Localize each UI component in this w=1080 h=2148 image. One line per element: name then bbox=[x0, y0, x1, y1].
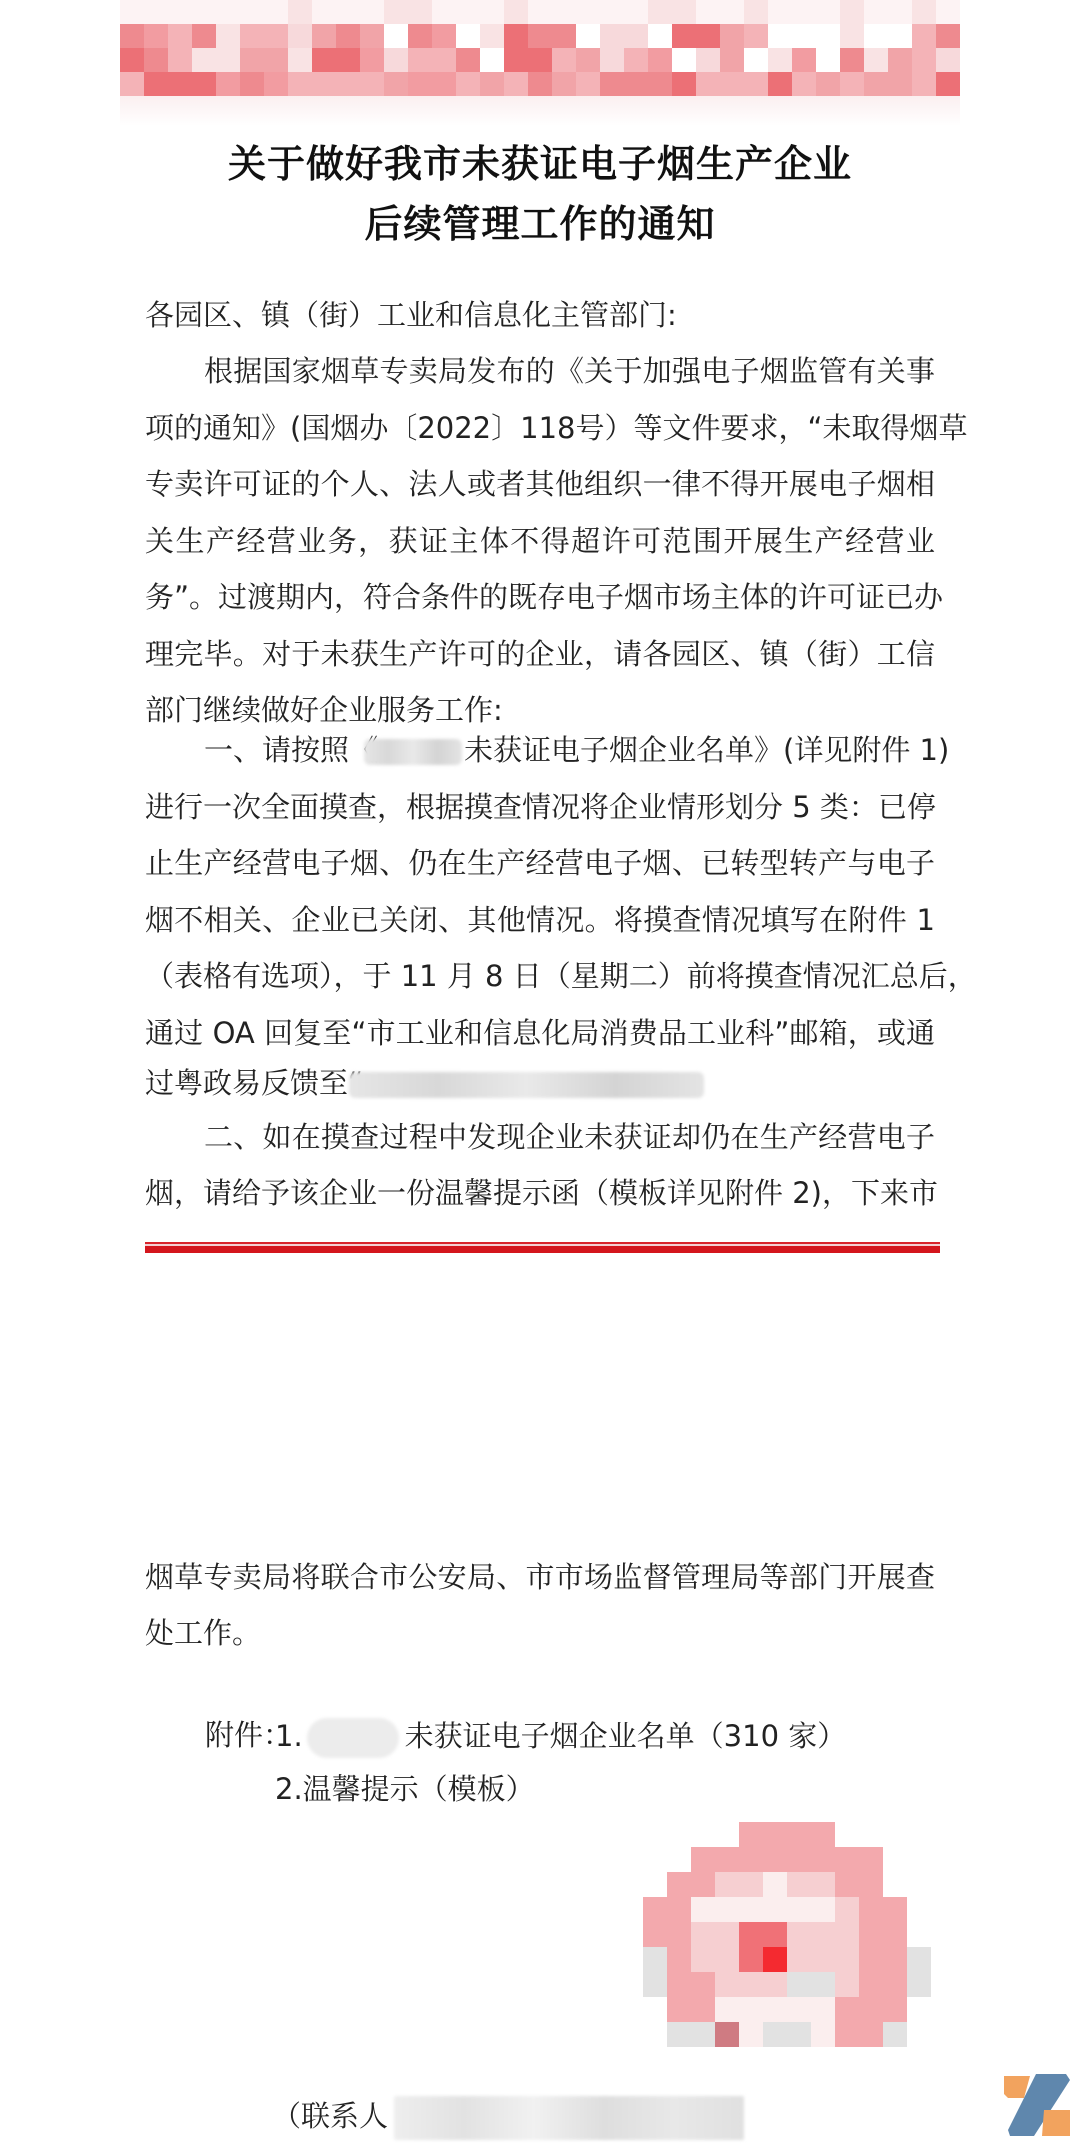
redaction-pixel bbox=[667, 1847, 691, 1872]
redaction-pixel bbox=[456, 0, 480, 24]
redaction-pixel bbox=[840, 24, 864, 48]
section2-line: 二、如在摸查过程中发现企业未获证却仍在生产经营电子 bbox=[204, 1120, 935, 1154]
redaction-pixel bbox=[168, 48, 192, 72]
redaction-pixel bbox=[576, 72, 600, 96]
redaction-pixel bbox=[691, 1922, 715, 1947]
redaction-pixel bbox=[408, 72, 432, 96]
redaction-pixel bbox=[240, 0, 264, 24]
redaction-pixel bbox=[643, 1897, 667, 1922]
redaction-pixel bbox=[811, 1872, 835, 1897]
redaction-pixel bbox=[883, 1972, 907, 1997]
redaction-pixel bbox=[643, 1947, 667, 1972]
redaction-pixel bbox=[168, 24, 192, 48]
redaction-pixel bbox=[888, 0, 912, 24]
redaction-pixel bbox=[888, 24, 912, 48]
redaction-pixel bbox=[787, 1872, 811, 1897]
redaction-pixel bbox=[696, 72, 720, 96]
redaction-pixel bbox=[715, 2022, 739, 2047]
redaction-pixel bbox=[816, 48, 840, 72]
redaction-pixel bbox=[408, 24, 432, 48]
redaction-pixel bbox=[264, 24, 288, 48]
redaction-pixel bbox=[432, 0, 456, 24]
redaction-pixel bbox=[715, 1897, 739, 1922]
redaction-pixel bbox=[720, 0, 744, 24]
redaction-pixel bbox=[667, 1947, 691, 1972]
redaction-pixel bbox=[739, 1947, 763, 1972]
redaction-pixel bbox=[312, 48, 336, 72]
document-title-line-2: 后续管理工作的通知 bbox=[0, 202, 1080, 246]
redaction-pixel bbox=[720, 72, 744, 96]
redaction-pixel bbox=[384, 0, 408, 24]
redaction-pixel bbox=[883, 1872, 907, 1897]
document-title-line-1: 关于做好我市未获证电子烟生产企业 bbox=[0, 142, 1080, 186]
redaction-pixel bbox=[936, 48, 960, 72]
redaction-pixel bbox=[840, 72, 864, 96]
redaction-pixel bbox=[120, 0, 144, 24]
redacted-contact-account bbox=[349, 1072, 704, 1098]
redaction-pixel bbox=[811, 2022, 835, 2047]
redaction-pixel bbox=[763, 1997, 787, 2022]
redaction-pixel bbox=[720, 24, 744, 48]
redaction-pixel bbox=[816, 24, 840, 48]
redaction-pixel bbox=[907, 2022, 931, 2047]
redaction-pixel bbox=[240, 48, 264, 72]
redaction-pixel bbox=[859, 1822, 883, 1847]
redaction-pixel bbox=[888, 72, 912, 96]
redaction-pixel bbox=[936, 0, 960, 24]
redaction-pixel bbox=[696, 24, 720, 48]
redaction-pixel bbox=[336, 72, 360, 96]
redaction-pixel bbox=[552, 0, 576, 24]
section1-line: 止生产经营电子烟、仍在生产经营电子烟、已转型转产与电子 bbox=[145, 846, 935, 880]
redaction-pixel bbox=[528, 24, 552, 48]
redaction-pixel bbox=[624, 24, 648, 48]
redaction-pixel bbox=[648, 24, 672, 48]
para1-line: 部门继续做好企业服务工作: bbox=[145, 693, 935, 727]
attachment-1-number: 1. bbox=[275, 1719, 303, 1753]
redaction-pixel bbox=[144, 24, 168, 48]
redaction-pixel bbox=[667, 1972, 691, 1997]
redaction-pixel bbox=[288, 0, 312, 24]
redaction-pixel bbox=[744, 24, 768, 48]
redaction-pixel bbox=[739, 1997, 763, 2022]
redaction-pixel bbox=[691, 1822, 715, 1847]
para1-line: 项的通知》(国烟办〔2022〕118号）等文件要求，“未取得烟草 bbox=[145, 411, 935, 445]
redaction-pixel bbox=[744, 0, 768, 24]
redaction-pixel bbox=[240, 24, 264, 48]
redaction-pixel bbox=[144, 0, 168, 24]
redaction-pixel bbox=[936, 72, 960, 96]
redaction-pixel bbox=[787, 1897, 811, 1922]
redaction-pixel bbox=[360, 24, 384, 48]
redaction-pixel bbox=[552, 72, 576, 96]
redaction-pixel bbox=[787, 1922, 811, 1947]
redaction-pixel bbox=[787, 1847, 811, 1872]
redaction-pixel bbox=[432, 48, 456, 72]
redaction-pixel bbox=[600, 0, 624, 24]
redaction-pixel bbox=[336, 0, 360, 24]
redaction-pixel bbox=[883, 2022, 907, 2047]
redaction-pixel bbox=[360, 48, 384, 72]
redaction-pixel bbox=[504, 48, 528, 72]
redaction-pixel bbox=[912, 48, 936, 72]
redaction-pixel bbox=[811, 1997, 835, 2022]
redaction-pixel bbox=[528, 48, 552, 72]
redaction-pixel bbox=[763, 1972, 787, 1997]
redaction-pixel bbox=[384, 24, 408, 48]
redaction-pixel bbox=[715, 1972, 739, 1997]
redaction-pixel bbox=[216, 0, 240, 24]
redaction-pixel bbox=[691, 1897, 715, 1922]
redaction-pixel bbox=[456, 72, 480, 96]
redaction-pixel bbox=[864, 72, 888, 96]
redaction-pixel bbox=[643, 2022, 667, 2047]
redaction-pixel bbox=[811, 1947, 835, 1972]
redaction-pixel bbox=[859, 1847, 883, 1872]
redaction-pixel bbox=[643, 1847, 667, 1872]
redaction-pixel bbox=[576, 0, 600, 24]
redaction-pixel bbox=[624, 48, 648, 72]
redaction-pixel bbox=[739, 1972, 763, 1997]
redaction-pixel bbox=[691, 1872, 715, 1897]
redaction-pixel bbox=[643, 1872, 667, 1897]
redaction-pixel bbox=[696, 48, 720, 72]
redaction-pixel bbox=[504, 0, 528, 24]
redaction-pixel bbox=[835, 1872, 859, 1897]
redaction-pixel bbox=[312, 24, 336, 48]
redaction-pixel bbox=[811, 1897, 835, 1922]
redaction-pixel bbox=[883, 1822, 907, 1847]
redaction-pixel bbox=[216, 72, 240, 96]
redaction-pixel bbox=[672, 24, 696, 48]
redaction-pixel bbox=[907, 1822, 931, 1847]
redaction-pixel bbox=[715, 1872, 739, 1897]
redaction-pixel bbox=[739, 1897, 763, 1922]
redaction-pixel bbox=[288, 48, 312, 72]
redaction-pixel bbox=[859, 1947, 883, 1972]
watermark-logo-icon bbox=[1000, 2070, 1076, 2142]
redaction-pixel bbox=[763, 1872, 787, 1897]
redaction-pixel bbox=[835, 1922, 859, 1947]
redaction-pixel bbox=[288, 24, 312, 48]
redaction-pixel bbox=[859, 1922, 883, 1947]
redaction-pixel bbox=[264, 48, 288, 72]
redaction-pixel bbox=[739, 2022, 763, 2047]
redaction-pixel bbox=[624, 72, 648, 96]
redaction-pixel bbox=[312, 0, 336, 24]
redaction-pixel bbox=[883, 1897, 907, 1922]
redaction-pixel bbox=[480, 0, 504, 24]
contact-prefix: （联系人 bbox=[272, 2099, 388, 2133]
redaction-pixel bbox=[907, 1997, 931, 2022]
redaction-pixel bbox=[456, 48, 480, 72]
redaction-pixel bbox=[816, 0, 840, 24]
section1-prefix: 一、请按照《 bbox=[204, 733, 378, 767]
redaction-pixel bbox=[859, 1897, 883, 1922]
redaction-pixel bbox=[811, 1847, 835, 1872]
redaction-pixel bbox=[739, 1872, 763, 1897]
redaction-pixel bbox=[288, 72, 312, 96]
section1-line: 进行一次全面摸查，根据摸查情况将企业情形划分 5 类：已停 bbox=[145, 790, 935, 824]
redaction-pixel bbox=[691, 1947, 715, 1972]
redaction-pixel bbox=[859, 1872, 883, 1897]
redaction-pixel bbox=[763, 2022, 787, 2047]
redaction-pixel bbox=[888, 48, 912, 72]
redaction-pixel bbox=[883, 1947, 907, 1972]
letterhead-fade bbox=[120, 96, 960, 126]
redaction-pixel bbox=[835, 1972, 859, 1997]
redaction-pixel bbox=[192, 0, 216, 24]
section1-line: 烟不相关、企业已关闭、其他情况。将摸查情况填写在附件 1 bbox=[145, 903, 935, 937]
page-break-red-rule bbox=[145, 1242, 940, 1254]
redaction-pixel bbox=[667, 1997, 691, 2022]
redaction-pixel bbox=[768, 24, 792, 48]
redaction-pixel bbox=[763, 1822, 787, 1847]
redaction-pixel bbox=[715, 1997, 739, 2022]
redaction-pixel bbox=[787, 1997, 811, 2022]
redaction-pixel bbox=[883, 1997, 907, 2022]
redaction-pixel bbox=[715, 1847, 739, 1872]
redaction-pixel bbox=[763, 1847, 787, 1872]
redaction-pixel bbox=[787, 1972, 811, 1997]
redaction-pixel bbox=[648, 72, 672, 96]
redaction-pixel bbox=[144, 48, 168, 72]
redaction-pixel bbox=[859, 1972, 883, 1997]
salutation: 各园区、镇（街）工业和信息化主管部门: bbox=[145, 298, 935, 332]
redaction-pixel bbox=[912, 72, 936, 96]
redaction-pixel bbox=[600, 48, 624, 72]
redaction-pixel bbox=[864, 48, 888, 72]
redaction-pixel bbox=[835, 1822, 859, 1847]
redaction-pixel bbox=[907, 1872, 931, 1897]
redaction-pixel bbox=[907, 1897, 931, 1922]
redaction-pixel bbox=[552, 48, 576, 72]
para1-line: 专卖许可证的个人、法人或者其他组织一律不得开展电子烟相 bbox=[145, 467, 935, 501]
redaction-pixel bbox=[600, 24, 624, 48]
redaction-pixel bbox=[240, 72, 264, 96]
redaction-pixel bbox=[576, 48, 600, 72]
redaction-pixel bbox=[384, 48, 408, 72]
redaction-pixel bbox=[715, 1922, 739, 1947]
para1-line: 理完毕。对于未获生产许可的企业，请各园区、镇（街）工信 bbox=[145, 637, 935, 671]
redaction-pixel bbox=[264, 0, 288, 24]
attachment-item-1: 1.未获证电子烟企业名单（310 家） bbox=[275, 1718, 846, 1758]
redaction-pixel bbox=[648, 48, 672, 72]
redaction-pixel bbox=[720, 48, 744, 72]
section1-last-prefix: 过粤政易反馈至“ bbox=[145, 1066, 363, 1100]
redaction-pixel bbox=[168, 0, 192, 24]
redaction-pixel bbox=[763, 1897, 787, 1922]
redaction-pixel bbox=[811, 1822, 835, 1847]
redaction-pixel bbox=[912, 24, 936, 48]
redaction-pixel bbox=[432, 24, 456, 48]
section1-last-line: 过粤政易反馈至“ bbox=[145, 1066, 935, 1100]
redaction-pixel bbox=[883, 1922, 907, 1947]
redaction-pixel bbox=[835, 2022, 859, 2047]
redaction-pixel bbox=[667, 2022, 691, 2047]
redaction-pixel bbox=[643, 1972, 667, 1997]
redaction-pixel bbox=[768, 48, 792, 72]
contact-line: （联系人 bbox=[272, 2096, 744, 2140]
redaction-pixel bbox=[696, 0, 720, 24]
redaction-pixel bbox=[907, 1922, 931, 1947]
redaction-pixel bbox=[744, 48, 768, 72]
redaction-pixel bbox=[312, 72, 336, 96]
redaction-pixel bbox=[768, 0, 792, 24]
redaction-pixel bbox=[763, 1947, 787, 1972]
redaction-pixel bbox=[835, 1847, 859, 1872]
redaction-pixel bbox=[360, 72, 384, 96]
para1-line: 关生产经营业务，获证主体不得超许可范围开展生产经营业 bbox=[145, 524, 935, 558]
redaction-pixel bbox=[528, 72, 552, 96]
continued-line: 烟草专卖局将联合市公安局、市市场监督管理局等部门开展查 bbox=[145, 1560, 935, 1594]
redaction-pixel bbox=[336, 48, 360, 72]
para1-line: 务”。过渡期内，符合条件的既存电子烟市场主体的许可证已办 bbox=[145, 580, 935, 614]
attachment-item-2: 2.温馨提示（模板） bbox=[275, 1772, 535, 1806]
redaction-pixel bbox=[504, 24, 528, 48]
redaction-pixel bbox=[691, 1997, 715, 2022]
redaction-pixel bbox=[859, 2022, 883, 2047]
section1-first-line: 一、请按照《未获证电子烟企业名单》(详见附件 1) bbox=[204, 733, 935, 767]
redaction-pixel bbox=[691, 2022, 715, 2047]
redaction-pixel bbox=[672, 48, 696, 72]
redaction-pixel bbox=[360, 0, 384, 24]
redaction-pixel bbox=[792, 0, 816, 24]
redaction-pixel bbox=[192, 24, 216, 48]
redaction-pixel bbox=[643, 1822, 667, 1847]
redaction-pixel bbox=[120, 48, 144, 72]
redaction-pixel bbox=[667, 1897, 691, 1922]
redaction-pixel bbox=[144, 72, 168, 96]
redacted-city-name bbox=[307, 1718, 399, 1758]
redaction-pixel bbox=[792, 72, 816, 96]
redaction-pixel bbox=[120, 72, 144, 96]
redaction-pixel bbox=[835, 1897, 859, 1922]
para1-line: 根据国家烟草专卖局发布的《关于加强电子烟监管有关事 bbox=[204, 354, 935, 388]
redaction-pixel bbox=[216, 24, 240, 48]
redaction-pixel bbox=[480, 48, 504, 72]
redaction-pixel bbox=[672, 72, 696, 96]
redacted-contact-info bbox=[394, 2096, 744, 2140]
redaction-pixel bbox=[667, 1922, 691, 1947]
redaction-pixel bbox=[480, 24, 504, 48]
redaction-pixel bbox=[600, 72, 624, 96]
redaction-pixel bbox=[811, 1922, 835, 1947]
redaction-pixel bbox=[835, 1997, 859, 2022]
redaction-pixel bbox=[912, 0, 936, 24]
redacted-official-seal bbox=[643, 1822, 931, 2050]
redaction-pixel bbox=[787, 1947, 811, 1972]
redaction-pixel bbox=[667, 1822, 691, 1847]
redaction-pixel bbox=[739, 1822, 763, 1847]
redaction-pixel bbox=[787, 2022, 811, 2047]
redaction-pixel bbox=[643, 1997, 667, 2022]
redaction-pixel bbox=[811, 1972, 835, 1997]
redaction-pixel bbox=[192, 48, 216, 72]
redaction-pixel bbox=[864, 0, 888, 24]
redacted-letterhead bbox=[120, 0, 960, 96]
redaction-pixel bbox=[763, 1922, 787, 1947]
redaction-pixel bbox=[739, 1847, 763, 1872]
section1-line: （表格有选项），于 11 月 8 日（星期二）前将摸查情况汇总后， bbox=[145, 959, 935, 993]
redaction-pixel bbox=[528, 0, 552, 24]
section2-line: 烟，请给予该企业一份温馨提示函（模板详见附件 2)，下来市 bbox=[145, 1176, 935, 1210]
redaction-pixel bbox=[864, 24, 888, 48]
redaction-pixel bbox=[715, 1822, 739, 1847]
redaction-pixel bbox=[648, 0, 672, 24]
redaction-pixel bbox=[192, 72, 216, 96]
redaction-pixel bbox=[264, 72, 288, 96]
redaction-pixel bbox=[691, 1847, 715, 1872]
redaction-pixel bbox=[835, 1947, 859, 1972]
section1-suffix: 未获证电子烟企业名单》(详见附件 1) bbox=[464, 733, 949, 767]
redaction-pixel bbox=[840, 0, 864, 24]
redaction-pixel bbox=[552, 24, 576, 48]
redaction-pixel bbox=[168, 72, 192, 96]
redaction-pixel bbox=[480, 72, 504, 96]
redaction-pixel bbox=[787, 1822, 811, 1847]
section1-line: 通过 OA 回复至“市工业和信息化局消费品工业科”邮箱，或通 bbox=[145, 1016, 935, 1050]
redaction-pixel bbox=[216, 48, 240, 72]
redaction-pixel bbox=[336, 24, 360, 48]
redaction-pixel bbox=[883, 1847, 907, 1872]
redaction-pixel bbox=[907, 1972, 931, 1997]
redaction-pixel bbox=[504, 72, 528, 96]
redaction-pixel bbox=[456, 24, 480, 48]
redaction-pixel bbox=[715, 1947, 739, 1972]
redaction-pixel bbox=[408, 0, 432, 24]
redaction-pixel bbox=[120, 24, 144, 48]
redaction-pixel bbox=[739, 1922, 763, 1947]
redaction-pixel bbox=[816, 72, 840, 96]
redaction-pixel bbox=[667, 1872, 691, 1897]
redaction-pixel bbox=[384, 72, 408, 96]
redaction-pixel bbox=[624, 0, 648, 24]
redaction-pixel bbox=[643, 1922, 667, 1947]
redaction-pixel bbox=[792, 48, 816, 72]
redaction-pixel bbox=[672, 0, 696, 24]
attachment-1-text: 未获证电子烟企业名单（310 家） bbox=[405, 1719, 847, 1753]
continued-line: 处工作。 bbox=[145, 1616, 935, 1650]
redaction-pixel bbox=[936, 24, 960, 48]
redaction-pixel bbox=[792, 24, 816, 48]
redaction-pixel bbox=[907, 1947, 931, 1972]
redaction-pixel bbox=[859, 1997, 883, 2022]
redaction-pixel bbox=[768, 72, 792, 96]
redaction-pixel bbox=[691, 1972, 715, 1997]
redaction-pixel bbox=[744, 72, 768, 96]
redaction-pixel bbox=[432, 72, 456, 96]
redaction-pixel bbox=[907, 1847, 931, 1872]
redaction-pixel bbox=[576, 24, 600, 48]
redaction-pixel bbox=[408, 48, 432, 72]
redaction-pixel bbox=[840, 48, 864, 72]
redacted-city-name bbox=[364, 739, 462, 765]
